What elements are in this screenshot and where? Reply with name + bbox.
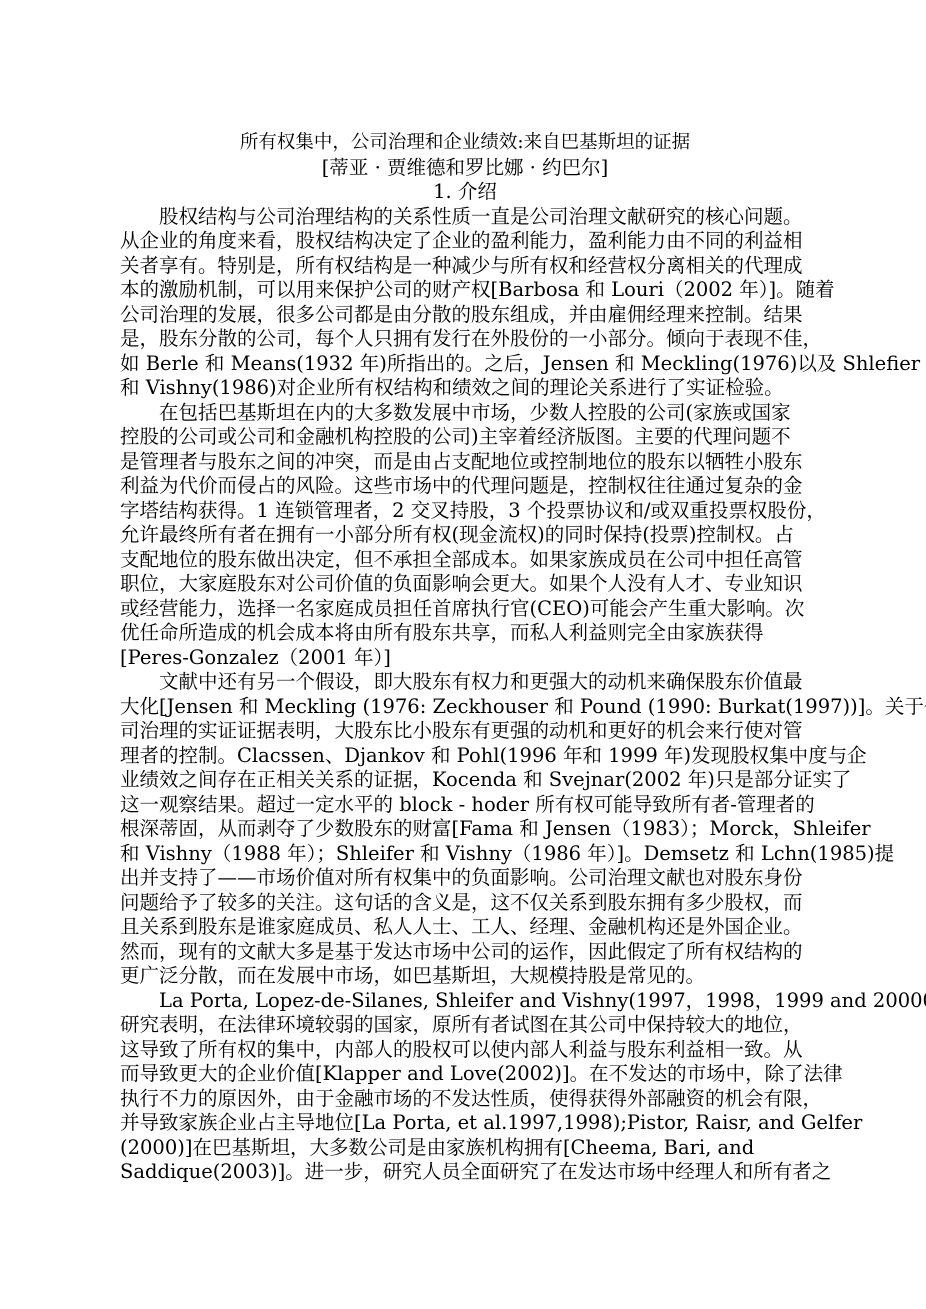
text-line: 本的激励机制，可以用来保护公司的财产权[Barbosa 和 Louri（2002… [120, 278, 810, 303]
text-line: 这一观察结果。超过一定水平的 block - hoder 所有权可能导致所有者-… [120, 793, 810, 818]
paragraph: La Porta, Lopez-de-Silanes, Shleifer and… [120, 989, 810, 1185]
text-line: 利益为代价而侵占的风险。这些市场中的代理问题是，控制权往往通过复杂的金 [120, 474, 810, 499]
text-line: 业绩效之间存在正相关关系的证据，Kocenda 和 Svejnar(2002 年… [120, 768, 810, 793]
text-line: 研究表明，在法律环境较弱的国家，原所有者试图在其公司中保持较大的地位， [120, 1013, 810, 1038]
text-line: 控股的公司或公司和金融机构控股的公司)主宰着经济版图。主要的代理问题不 [120, 425, 810, 450]
text-line: 出并支持了——市场价值对所有权集中的负面影响。公司治理文献也对股东身份 [120, 866, 810, 891]
text-line: 和 Vishny（1988 年）；Shleifer 和 Vishny（1986 … [120, 842, 810, 867]
document-page: 所有权集中，公司治理和企业绩效:来自巴基斯坦的证据 [蒂亚 · 贾维德和罗比娜 … [0, 0, 926, 1309]
text-line: 职位，大家庭股东对公司价值的负面影响会更大。如果个人没有人才、专业知识 [120, 572, 810, 597]
text-line: 而导致更大的企业价值[Klapper and Love(2002)]。在不发达的… [120, 1062, 810, 1087]
text-line: 大化[Jensen 和 Meckling (1976: Zeckhouser 和… [120, 695, 810, 720]
text-line: 或经营能力，选择一名家庭成员担任首席执行官(CEO)可能会产生重大影响。次 [120, 597, 810, 622]
text-line: 是管理者与股东之间的冲突，而是由占支配地位或控制地位的股东以牺牲小股东 [120, 450, 810, 475]
document-authors: [蒂亚 · 贾维德和罗比娜 · 约巴尔] [120, 156, 810, 181]
text-line: La Porta, Lopez-de-Silanes, Shleifer and… [120, 989, 810, 1014]
text-line: 是，股东分散的公司，每个人只拥有发行在外股份的一小部分。倾向于表现不佳， [120, 327, 810, 352]
text-line: 执行不力的原因外，由于金融市场的不发达性质，使得获得外部融资的机会有限， [120, 1087, 810, 1112]
text-line: 更广泛分散，而在发展中市场，如巴基斯坦，大规模持股是常见的。 [120, 964, 810, 989]
text-line: (2000)]在巴基斯坦，大多数公司是由家族机构拥有[Cheema, Bari,… [120, 1136, 810, 1161]
text-line: [Peres-Gonzalez（2001 年）] [120, 646, 810, 671]
text-line: 允许最终所有者在拥有一小部分所有权(现金流权)的同时保持(投票)控制权。占 [120, 523, 810, 548]
text-line: 字塔结构获得。1 连锁管理者，2 交叉持股，3 个投票协议和/或双重投票权股份， [120, 499, 810, 524]
text-line: 从企业的角度来看，股权结构决定了企业的盈利能力，盈利能力由不同的利益相 [120, 229, 810, 254]
text-line: 优任命所造成的机会成本将由所有股东共享，而私人利益则完全由家族获得 [120, 621, 810, 646]
text-line: 股权结构与公司治理结构的关系性质一直是公司治理文献研究的核心问题。 [120, 205, 810, 230]
text-line: 问题给予了较多的关注。这句话的含义是，这不仅关系到股东拥有多少股权，而 [120, 891, 810, 916]
text-line: 且关系到股东是谁家庭成员、私人人士、工人、经理、金融机构还是外国企业。 [120, 915, 810, 940]
text-line: Saddique(2003)]。进一步，研究人员全面研究了在发达市场中经理人和所… [120, 1160, 810, 1185]
text-line: 公司治理的发展，很多公司都是由分散的股东组成，并由雇佣经理来控制。结果 [120, 303, 810, 328]
text-line: 这导致了所有权的集中，内部人的股权可以使内部人利益与股东利益相一致。从 [120, 1038, 810, 1063]
text-line: 根深蒂固，从而剥夺了少数股东的财富[Fama 和 Jensen（1983）；Mo… [120, 817, 810, 842]
text-line: 在包括巴基斯坦在内的大多数发展中市场，少数人控股的公司(家族或国家 [120, 401, 810, 426]
text-line: 文献中还有另一个假设，即大股东有权力和更强大的动机来确保股东价值最 [120, 670, 810, 695]
text-line: 理者的控制。Clacssen、Djankov 和 Pohl(1996 年和 19… [120, 744, 810, 769]
document-body: 股权结构与公司治理结构的关系性质一直是公司治理文献研究的核心问题。从企业的角度来… [120, 205, 810, 1185]
text-line: 关者享有。特别是，所有权结构是一种减少与所有权和经营权分离相关的代理成 [120, 254, 810, 279]
section-heading: 1. 介绍 [120, 180, 810, 205]
paragraph: 文献中还有另一个假设，即大股东有权力和更强大的动机来确保股东价值最大化[Jens… [120, 670, 810, 989]
text-line: 如 Berle 和 Means(1932 年)所指出的。之后，Jensen 和 … [120, 352, 810, 377]
document-title: 所有权集中，公司治理和企业绩效:来自巴基斯坦的证据 [120, 131, 810, 156]
text-line: 并导致家族企业占主导地位[La Porta, et al.1997,1998);… [120, 1111, 810, 1136]
text-line: 然而，现有的文献大多是基于发达市场中公司的运作，因此假定了所有权结构的 [120, 940, 810, 965]
paragraph: 股权结构与公司治理结构的关系性质一直是公司治理文献研究的核心问题。从企业的角度来… [120, 205, 810, 401]
paragraph: 在包括巴基斯坦在内的大多数发展中市场，少数人控股的公司(家族或国家控股的公司或公… [120, 401, 810, 671]
text-line: 支配地位的股东做出决定，但不承担全部成本。如果家族成员在公司中担任高管 [120, 548, 810, 573]
text-line: 司治理的实证证据表明，大股东比小股东有更强的动机和更好的机会来行使对管 [120, 719, 810, 744]
text-line: 和 Vishny(1986)对企业所有权结构和绩效之间的理论关系进行了实证检验。 [120, 376, 810, 401]
